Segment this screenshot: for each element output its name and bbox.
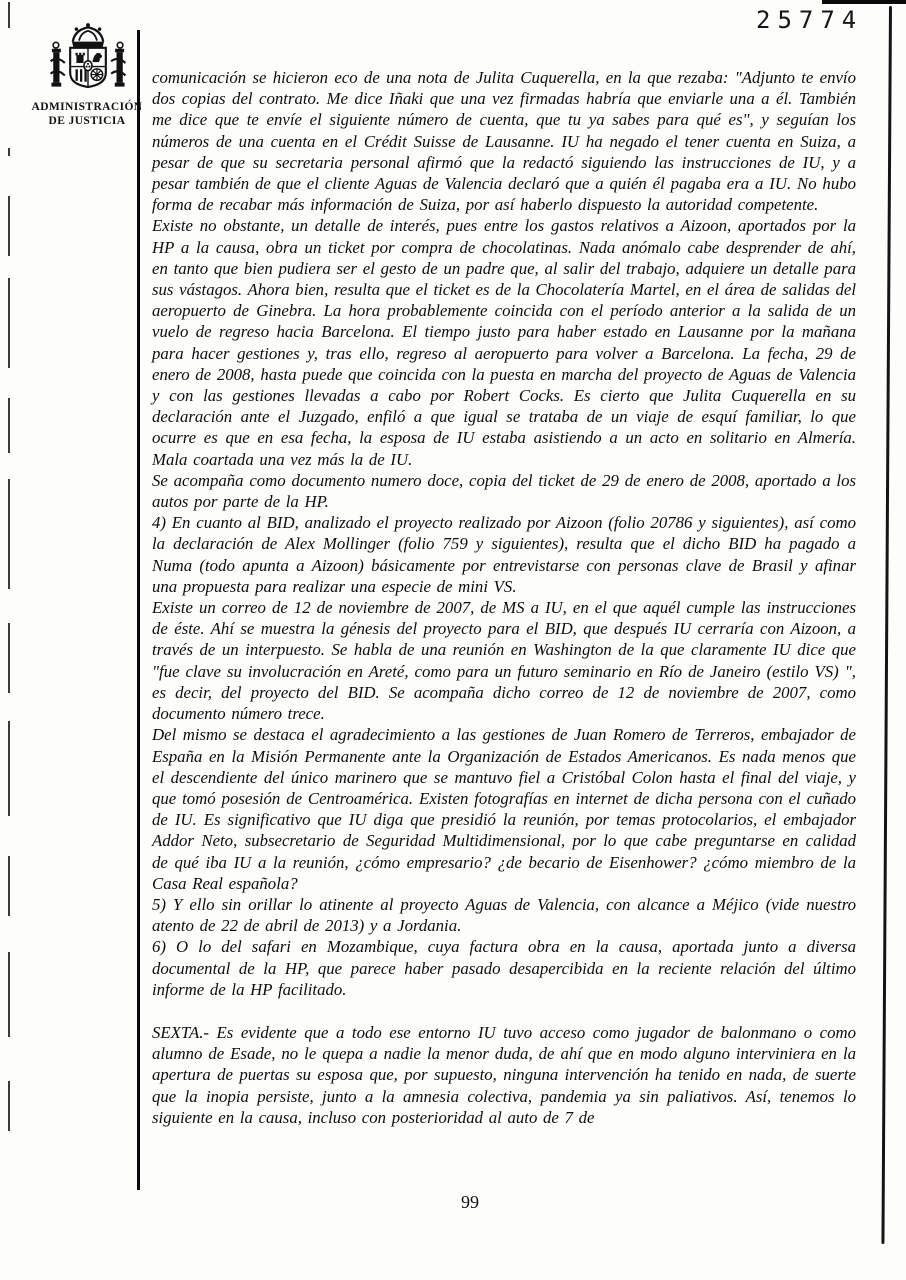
scan-edge-artifact-right bbox=[881, 6, 891, 1244]
scanned-court-document-page: { "page": { "stamp_number": "25774", "pa… bbox=[0, 0, 906, 1280]
scan-edge-artifact-left bbox=[7, 0, 11, 1280]
paragraph: Se acompaña como documento numero doce, … bbox=[152, 470, 856, 512]
paragraph: Existe no obstante, un detalle de interé… bbox=[152, 215, 856, 469]
scan-top-right-line bbox=[822, 0, 906, 4]
paragraph: comunicación se hicieron eco de una nota… bbox=[152, 67, 856, 215]
paragraph-item-5: 5) Y ello sin orillar lo atinente al pro… bbox=[152, 894, 856, 936]
paragraph: Del mismo se destaca el agradecimiento a… bbox=[152, 724, 856, 894]
paragraph: Existe un correo de 12 de noviembre de 2… bbox=[152, 597, 856, 724]
spain-coat-of-arms-icon bbox=[42, 22, 134, 104]
paragraph-sexta: SEXTA.- Es evidente que a todo ese entor… bbox=[152, 1022, 856, 1128]
org-name-line2: DE JUSTICIA bbox=[26, 115, 148, 129]
margin-divider-rule bbox=[137, 30, 140, 1190]
document-body-text: comunicación se hicieron eco de una nota… bbox=[152, 67, 856, 1128]
paragraph-item-4: 4) En cuanto al BID, analizado el proyec… bbox=[152, 512, 856, 597]
org-name-line1: ADMINISTRACIÓN bbox=[26, 101, 148, 115]
page-number: 99 bbox=[430, 1192, 510, 1213]
folio-stamp-number: 25774 bbox=[756, 6, 863, 34]
org-name: ADMINISTRACIÓN DE JUSTICIA bbox=[26, 101, 148, 128]
paragraph-item-6: 6) O lo del safari en Mozambique, cuya f… bbox=[152, 936, 856, 1000]
